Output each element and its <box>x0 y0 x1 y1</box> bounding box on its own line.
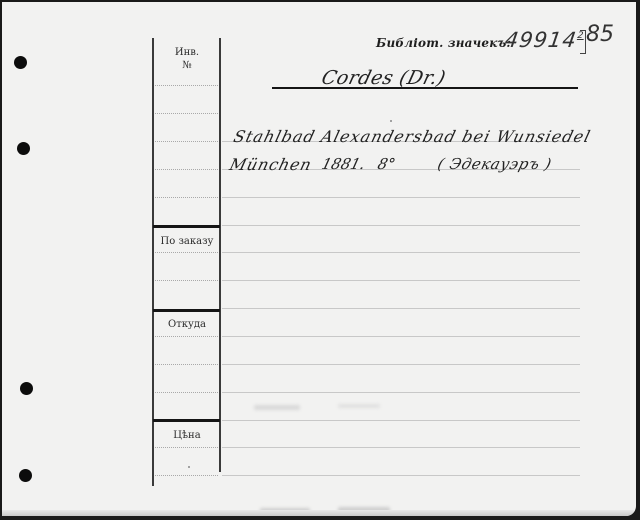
inventory-label-text: Инв. <box>154 46 220 59</box>
punch-hole-icon <box>14 56 27 69</box>
section-divider <box>153 419 220 422</box>
ink-smudge <box>338 404 380 408</box>
inventory-number-sign: № <box>154 59 220 72</box>
punch-hole-icon <box>19 469 32 482</box>
inventory-number-label: Инв. № <box>154 46 220 72</box>
rule-line <box>222 392 580 393</box>
rule-line <box>155 364 218 365</box>
ink-speck <box>390 120 392 122</box>
catalog-card: Библіот. значекъ: 499142 85 Инв. № По за… <box>2 2 636 516</box>
rule-line <box>155 85 218 86</box>
rule-line <box>222 280 580 281</box>
rule-line <box>222 308 580 309</box>
rule-line <box>155 197 218 198</box>
rule-line <box>155 113 218 114</box>
rule-line <box>222 364 580 365</box>
rule-line <box>222 420 580 421</box>
section-divider <box>153 225 220 228</box>
rule-line <box>155 280 218 281</box>
author-name: Cordes (Dr.) <box>319 67 448 89</box>
rule-line <box>222 252 580 253</box>
order-label: По заказу <box>154 235 220 248</box>
rule-line <box>155 169 218 170</box>
ink-speck <box>188 466 190 468</box>
book-title: Stahlbad Alexandersbad bei Wunsiedel <box>232 127 593 146</box>
punch-hole-icon <box>20 382 33 395</box>
rule-line <box>222 225 580 226</box>
imprint-year: 1881. <box>320 155 367 173</box>
shelf-mark-extra: 85 <box>586 22 614 47</box>
price-label: Цѣна <box>154 429 220 442</box>
ink-smudge <box>254 405 300 410</box>
shelf-mark: 499142 <box>503 28 585 52</box>
rule-line <box>222 475 580 476</box>
rule-line <box>222 447 580 448</box>
imprint-place: München <box>228 155 314 174</box>
rule-line <box>155 141 218 142</box>
publisher-note: ( Эдекауэръ ) <box>436 155 554 173</box>
card-bottom-edge <box>2 510 636 516</box>
rule-line <box>155 475 218 476</box>
punch-hole-icon <box>17 142 30 155</box>
rule-line <box>222 336 580 337</box>
book-format: 8° <box>376 155 398 173</box>
rule-line <box>222 197 580 198</box>
section-divider <box>153 309 220 312</box>
rule-line <box>155 447 218 448</box>
left-column-border-right <box>219 38 221 472</box>
shelf-mark-number: 49914 <box>503 28 578 52</box>
source-label: Откуда <box>154 318 220 331</box>
rule-line <box>155 336 218 337</box>
library-mark-label: Библіот. значекъ: <box>376 36 511 50</box>
rule-line <box>155 392 218 393</box>
rule-line <box>155 252 218 253</box>
